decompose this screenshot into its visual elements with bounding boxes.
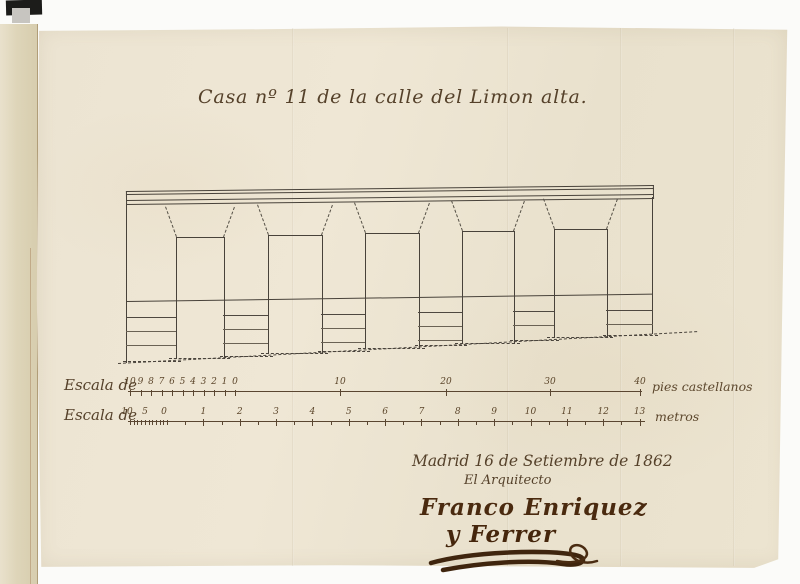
architect-role-line: El Arquitecto — [464, 473, 551, 488]
scanned-archival-drawing: Casa nº 11 de la calle del Limon alta. 1… — [0, 0, 800, 584]
drawing-title: Casa nº 11 de la calle del Limon alta. — [198, 86, 587, 108]
date-line: Madrid 16 de Setiembre de 1862 — [412, 452, 673, 470]
scale-pies-unit: pies castellanos — [652, 379, 753, 394]
scan-corner-chip — [12, 8, 30, 23]
signature-name-line1: Franco Enriquez — [420, 494, 648, 521]
underlying-page-edge — [0, 24, 38, 584]
scale-metros-unit: metros — [655, 409, 699, 424]
signature-flourish — [425, 537, 605, 573]
scale-metros-label: Escala de — [64, 406, 137, 424]
scale-pies-label: Escala de — [64, 376, 137, 394]
